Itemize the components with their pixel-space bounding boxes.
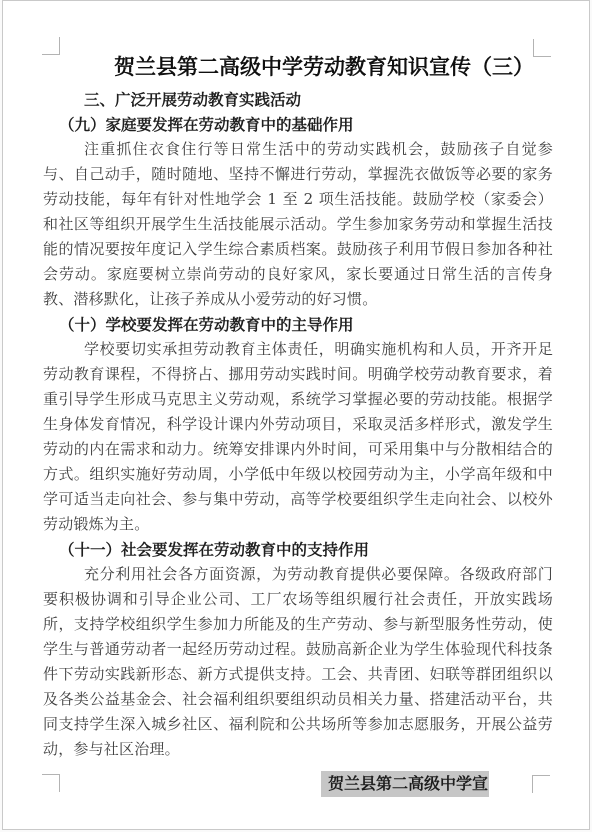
section-heading-family-role: （九）家庭要发挥在劳动教育中的基础作用 — [43, 112, 553, 137]
section-heading-school-role: （十）学校要发挥在劳动教育中的主导作用 — [43, 312, 553, 337]
section-heading-practice-activities: 三、广泛开展劳动教育实践活动 — [43, 87, 553, 112]
section-heading-society-role: （十一）社会要发挥在劳动教育中的支持作用 — [43, 537, 553, 562]
document-content: 贺兰县第二高级中学劳动教育知识宣传（三） 三、广泛开展劳动教育实践活动 （九）家… — [43, 53, 553, 797]
paragraph-school-role: 学校要切实承担劳动教育主体责任，明确实施机构和人员，开齐开足劳动教育课程，不得挤… — [43, 337, 553, 537]
document-title: 贺兰县第二高级中学劳动教育知识宣传（三） — [43, 53, 553, 81]
paragraph-society-role: 充分利用社会各方面资源，为劳动教育提供必要保障。各级政府部门要积极协调和引导企业… — [43, 562, 553, 762]
publisher-stamp-highlighted: 贺兰县第二高级中学宣 — [321, 771, 489, 797]
document-page: 贺兰县第二高级中学劳动教育知识宣传（三） 三、广泛开展劳动教育实践活动 （九）家… — [2, 0, 590, 830]
paragraph-family-role: 注重抓住衣食住行等日常生活中的劳动实践机会，鼓励孩子自觉参与、自己动手，随时随地… — [43, 137, 553, 312]
